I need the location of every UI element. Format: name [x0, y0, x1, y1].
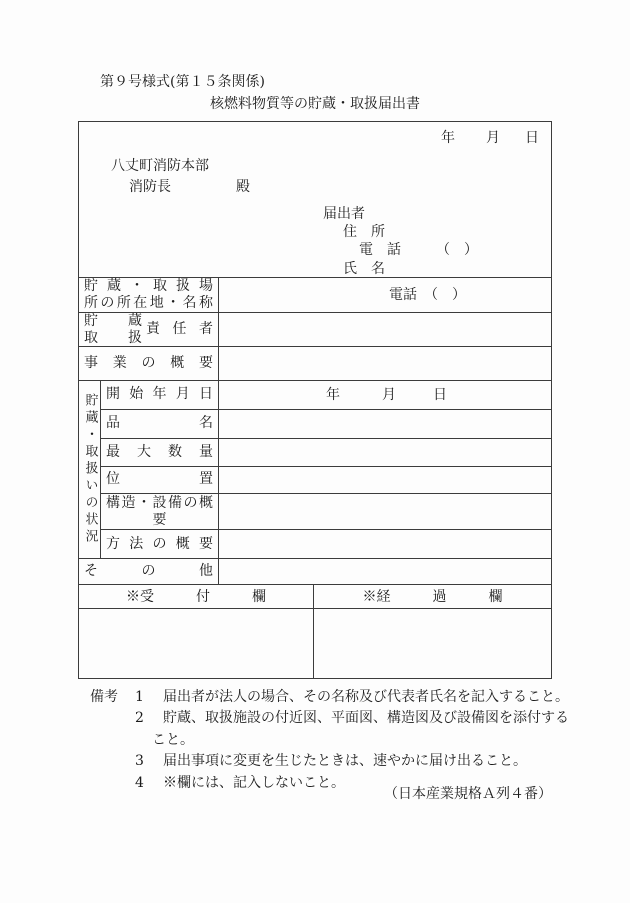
honorific-label: 殿 [236, 179, 250, 195]
notification-form-table: 年 月 日 八丈町消防本部 消防長 殿 届出者 住 所 電 話 （ ） 氏 名 … [78, 121, 552, 679]
position-row: 位置 [101, 467, 551, 495]
remark-text: 貯蔵、取扱施設の付近図、平面図、構造図及び設備図を添付する [163, 708, 569, 729]
manager-value-cell [219, 313, 551, 346]
structure-row: 構造・設備の概 要 [101, 494, 551, 530]
business-label: 事業の概要 [84, 355, 213, 372]
remarks-block: 備考 1 届出者が法人の場合、その名称及び代表者氏名を記入すること。 2 貯蔵、… [90, 687, 552, 794]
phone-paren: （ ） [436, 242, 478, 258]
name-label: 氏 名 [343, 261, 385, 277]
location-value-cell: 電話 （ ） [219, 278, 551, 312]
other-label-cell: その他 [79, 559, 219, 584]
position-label-cell: 位置 [101, 467, 219, 494]
remark-text: 届出者が法人の場合、その名称及び代表者氏名を記入すること。 [163, 687, 569, 708]
location-label-cell: 貯蔵・取扱場 所の所在地・名称 [79, 278, 219, 312]
manager-label-handling: 取扱 [84, 330, 142, 347]
start-day-label: 日 [433, 387, 447, 403]
receipt-stamp-box [79, 609, 314, 678]
document-page: 第９号様式(第１５条関係) 核燃料物質等の貯蔵・取扱届出書 年 月 日 八丈町消… [0, 0, 630, 903]
structure-value-cell [219, 494, 551, 529]
stamp-body-row [79, 609, 551, 678]
max-quantity-label-cell: 最大数量 [101, 439, 219, 466]
start-month-label: 月 [382, 387, 396, 403]
business-value-cell [219, 347, 551, 380]
form-number: 第９号様式(第１５条関係) [100, 74, 265, 90]
paper-size-note: （日本産業規格Ａ列４番） [78, 786, 552, 802]
start-year-label: 年 [326, 387, 340, 403]
notifier-label: 届出者 [323, 206, 365, 222]
item-name-label-cell: 品名 [101, 410, 219, 438]
status-section: 貯蔵・取扱いの状況 開始年月日 年 月 日 品名 [79, 381, 551, 559]
progress-column-header: ※経 過 欄 [314, 585, 551, 608]
max-quantity-row: 最大数量 [101, 439, 551, 467]
remark-text-continuation: こと。 [152, 730, 569, 751]
remarks-label: 備考 [90, 687, 135, 794]
item-name-label: 品名 [106, 415, 213, 432]
location-row: 貯蔵・取扱場 所の所在地・名称 電話 （ ） [79, 278, 551, 313]
location-label-line2: 所の所在地・名称 [84, 295, 213, 312]
status-side-label: 貯蔵・取扱いの状況 [79, 393, 101, 546]
remark-number: 1 [135, 687, 163, 708]
phone-label: 電 話 [359, 242, 401, 258]
date-month-label: 月 [486, 130, 500, 146]
structure-label-line2: 要 [106, 512, 213, 529]
method-value-cell [219, 530, 551, 558]
remark-item-1: 1 届出者が法人の場合、その名称及び代表者氏名を記入すること。 [135, 687, 569, 708]
date-day-label: 日 [525, 130, 539, 146]
progress-stamp-box [314, 609, 551, 678]
start-date-label-cell: 開始年月日 [101, 381, 219, 409]
other-row: その他 [79, 559, 551, 585]
page-title: 核燃料物質等の貯蔵・取扱届出書 [0, 96, 630, 112]
method-row: 方法の概要 [101, 530, 551, 558]
stamp-header-row: ※受 付 欄 ※経 過 欄 [79, 585, 551, 609]
date-year-label: 年 [441, 130, 455, 146]
fire-headquarters: 八丈町消防本部 [111, 158, 209, 174]
receipt-column-header: ※受 付 欄 [79, 585, 314, 608]
fire-chief-label: 消防長 [129, 179, 171, 195]
location-label-line1: 貯蔵・取扱場 [84, 278, 213, 295]
business-label-cell: 事業の概要 [79, 347, 219, 380]
header-section: 年 月 日 八丈町消防本部 消防長 殿 届出者 住 所 電 話 （ ） 氏 名 [79, 122, 551, 278]
start-date-value-cell: 年 月 日 [219, 381, 551, 409]
position-label: 位置 [106, 471, 213, 488]
remark-text: 届出事項に変更を生じたときは、速やかに届け出ること。 [163, 751, 569, 772]
manager-label-title: 責任者 [146, 321, 213, 338]
method-label: 方法の概要 [106, 536, 213, 553]
item-name-value-cell [219, 410, 551, 438]
max-quantity-value-cell [219, 439, 551, 466]
start-date-row: 開始年月日 年 月 日 [101, 381, 551, 410]
manager-label-storage: 貯蔵 [84, 313, 142, 330]
status-side-label-cell: 貯蔵・取扱いの状況 [79, 381, 101, 558]
address-label: 住 所 [343, 224, 385, 240]
manager-row: 貯蔵 取扱 責任者 [79, 313, 551, 347]
remark-item-3: 3 届出事項に変更を生じたときは、速やかに届け出ること。 [135, 751, 569, 772]
max-quantity-label: 最大数量 [106, 444, 213, 461]
other-label: その他 [84, 563, 213, 580]
position-value-cell [219, 467, 551, 494]
structure-label-line1: 構造・設備の概 [106, 495, 213, 512]
structure-label-cell: 構造・設備の概 要 [101, 494, 219, 529]
manager-label-cell: 貯蔵 取扱 責任者 [79, 313, 219, 346]
business-row: 事業の概要 [79, 347, 551, 381]
remark-number: 3 [135, 751, 163, 772]
item-name-row: 品名 [101, 410, 551, 439]
other-value-cell [219, 559, 551, 584]
method-label-cell: 方法の概要 [101, 530, 219, 558]
location-phone-label: 電話 （ ） [389, 287, 466, 303]
start-date-label: 開始年月日 [106, 386, 213, 403]
remark-item-2: 2 貯蔵、取扱施設の付近図、平面図、構造図及び設備図を添付する こと。 [135, 708, 569, 751]
